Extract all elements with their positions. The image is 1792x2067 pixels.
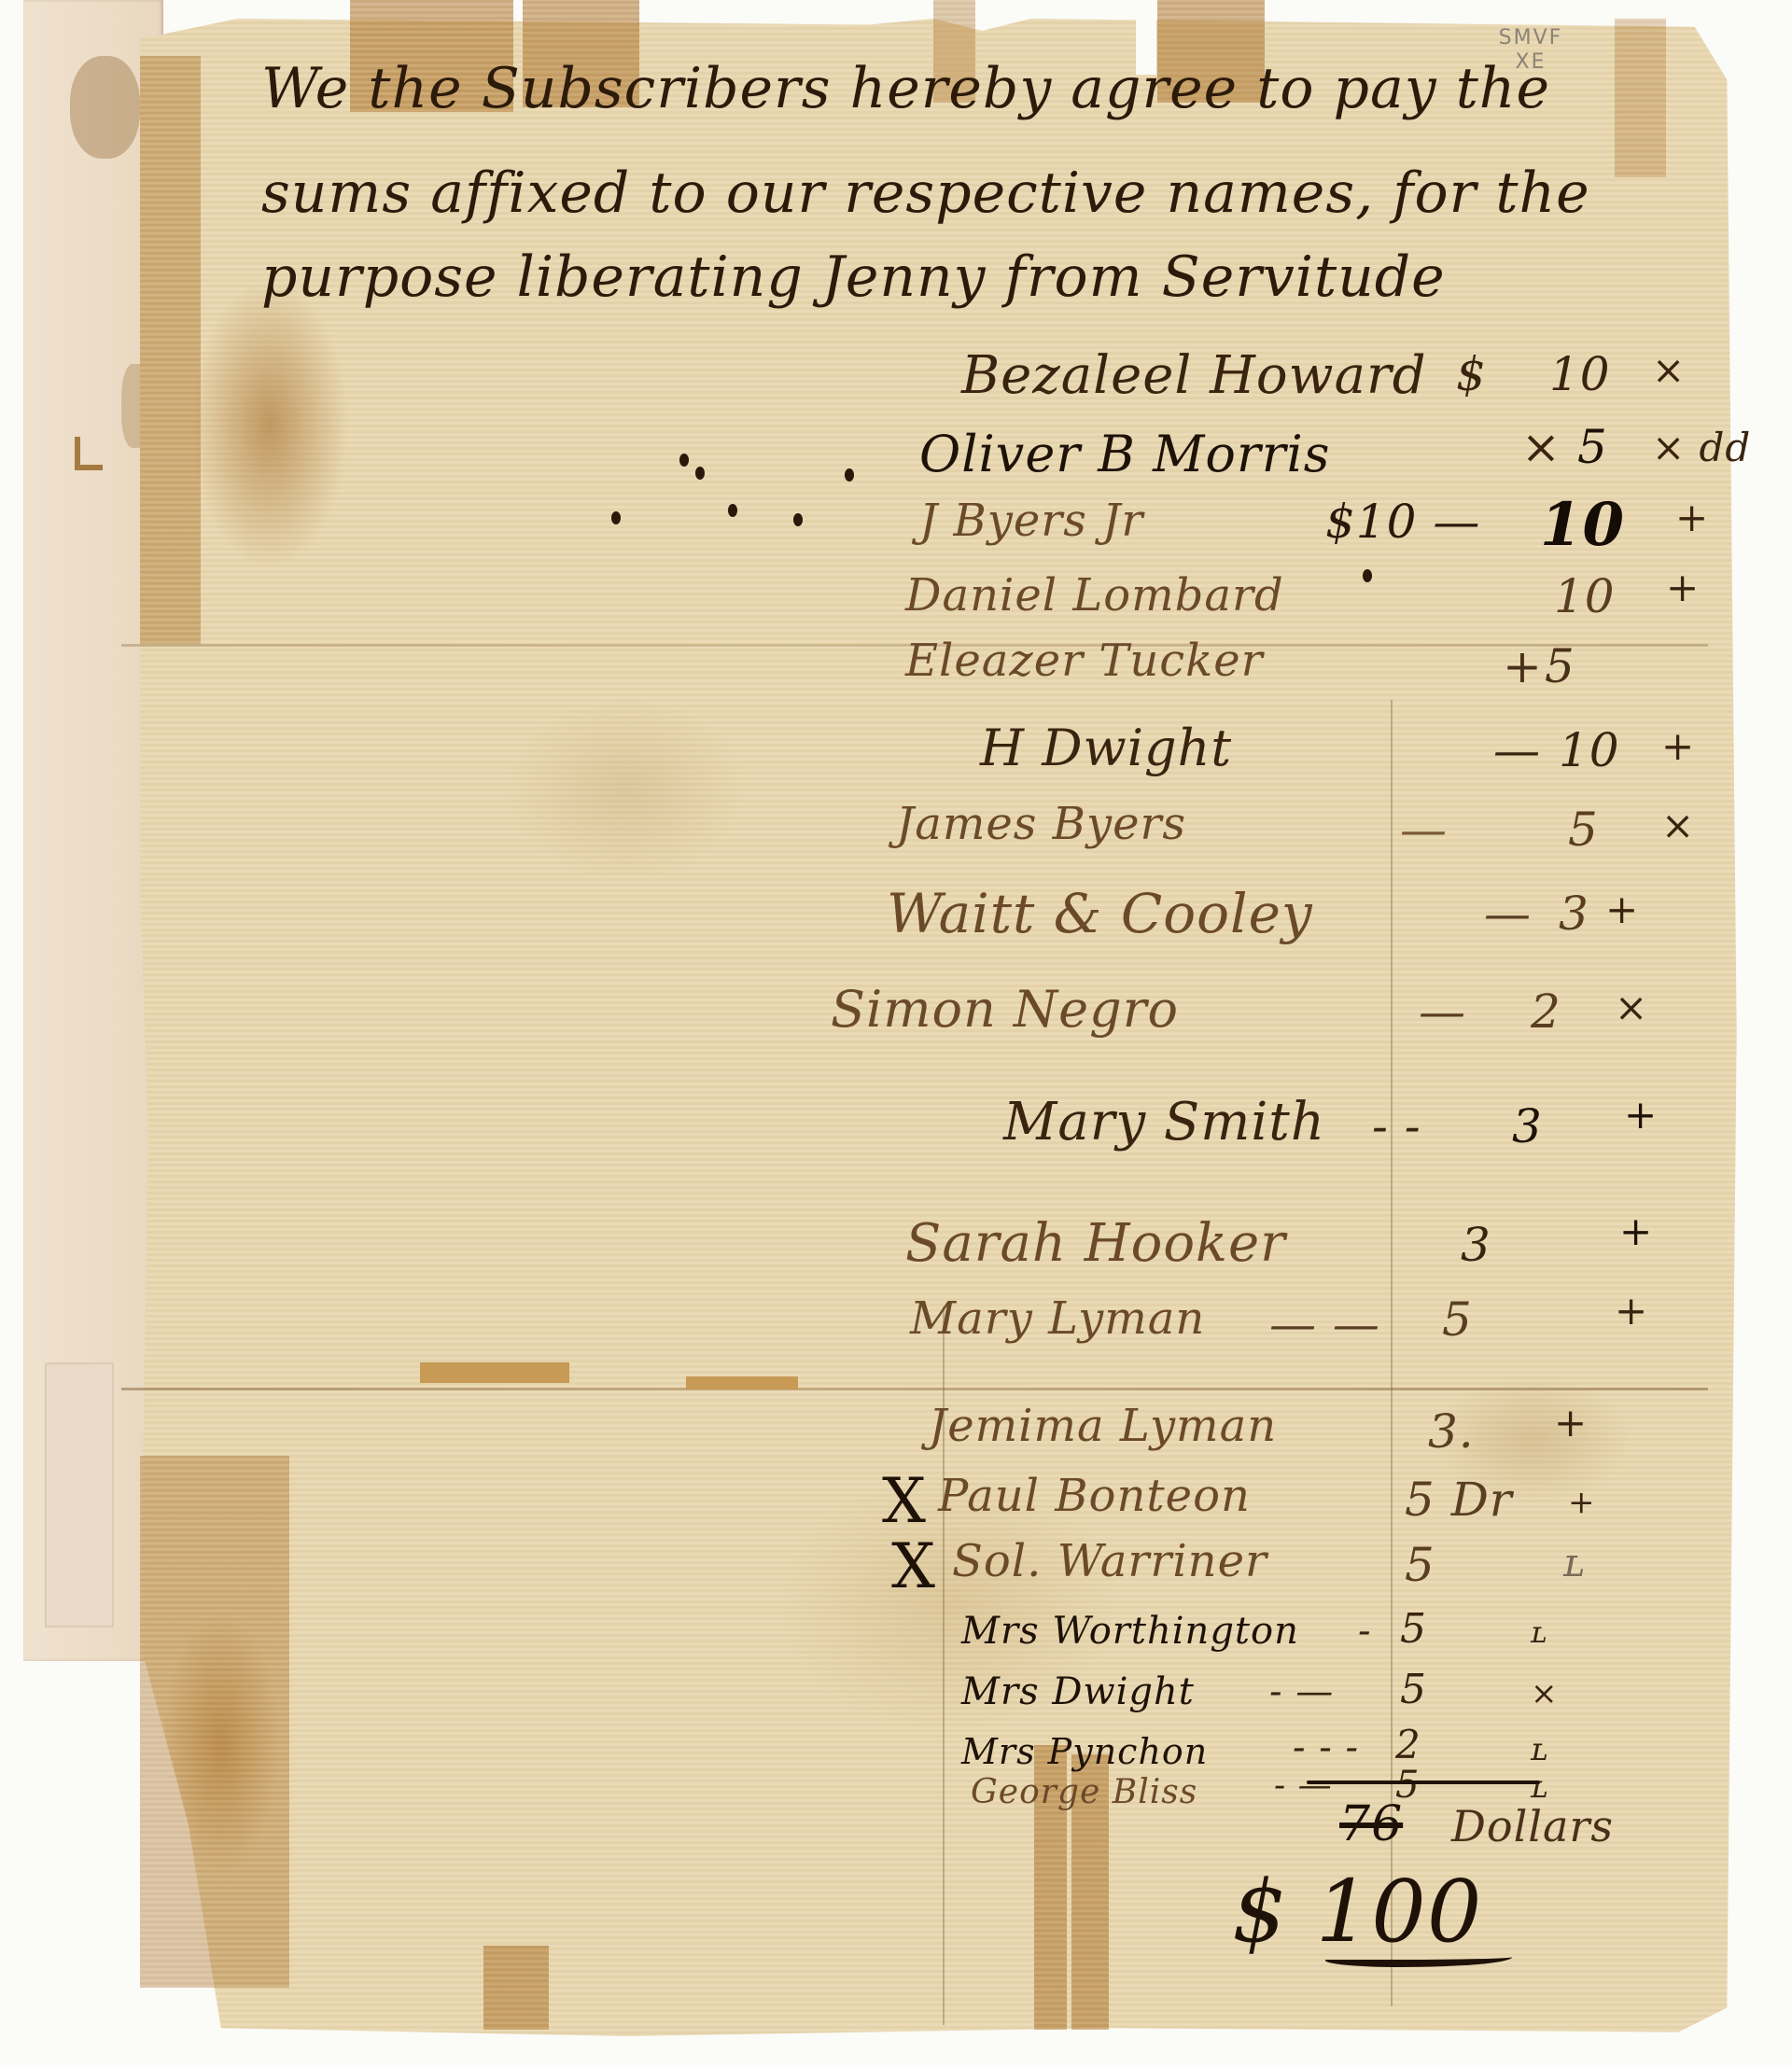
- subscriber-name: Mrs Worthington: [961, 1610, 1299, 1653]
- subscriber-name: George Bliss: [971, 1773, 1197, 1811]
- currency-sign: - - -: [1293, 1726, 1359, 1769]
- paid-mark: ʟ: [1563, 1540, 1586, 1585]
- subscriber-name: Daniel Lombard: [905, 569, 1284, 621]
- subscriber-name: Waitt & Cooley: [887, 882, 1313, 945]
- paid-mark: ×: [1652, 347, 1686, 393]
- ink-blot: [845, 468, 854, 482]
- ink-blot: [728, 504, 737, 517]
- paid-mark: +: [1666, 565, 1700, 610]
- paid-mark: +: [1568, 1484, 1596, 1521]
- paid-mark: +: [1624, 1092, 1658, 1138]
- tape-strip: [483, 1946, 549, 2030]
- subscriber-name: Simon Negro: [831, 980, 1179, 1039]
- subscriber-amount: 10: [1549, 347, 1611, 401]
- ink-blot: [611, 511, 621, 524]
- paid-mark: × dd: [1652, 425, 1751, 470]
- tape-strip: [1615, 19, 1666, 177]
- paid-mark: ʟ: [1531, 1614, 1547, 1650]
- subscriber-amount: 5: [1577, 420, 1608, 474]
- subscriber-amount: 2: [1395, 1722, 1421, 1767]
- subscriber-amount: 10: [1559, 723, 1620, 777]
- subscriber-name: Oliver B Morris: [919, 425, 1331, 483]
- ink-blot: [695, 467, 705, 480]
- torn-fold: [420, 1362, 569, 1383]
- subscriber-name: Sol. Warriner: [952, 1535, 1267, 1587]
- currency-sign: - —: [1269, 1670, 1334, 1713]
- sum-rule: [1307, 1781, 1540, 1784]
- ink-blot: [679, 454, 689, 467]
- torn-fold: [686, 1376, 798, 1390]
- subscriber-amount: 2: [1531, 985, 1561, 1039]
- water-stain: [70, 56, 140, 159]
- currency-sign: —: [1493, 723, 1541, 777]
- subscriber-amount: 10: [1540, 490, 1625, 560]
- paid-mark: ʟ: [1531, 1731, 1548, 1768]
- ink-blot: [1363, 569, 1372, 582]
- currency-sign: -: [1358, 1610, 1372, 1653]
- currency-sign: —: [1400, 803, 1448, 857]
- subscriber-amount: 5: [1400, 1666, 1427, 1713]
- subscriber-amount: 5 Dr: [1405, 1473, 1513, 1527]
- paid-mark: +: [1554, 1400, 1588, 1446]
- subscriber-amount: 5: [1400, 1605, 1427, 1653]
- currency-sign: $: [1456, 347, 1487, 401]
- paid-mark: +: [1619, 1208, 1653, 1254]
- corner-mark: [75, 437, 103, 470]
- subscriber-name: Jemima Lyman: [929, 1400, 1277, 1452]
- paid-mark: +: [1605, 887, 1639, 932]
- subscriber-name: J Byers Jr: [919, 495, 1143, 547]
- currency-sign: +: [1503, 639, 1543, 693]
- subscriber-amount: 5: [1545, 639, 1575, 693]
- tape-strip: [140, 1456, 289, 1988]
- heading-line-1: We the Subscribers hereby agree to pay t…: [261, 56, 1550, 121]
- ink-blot: [793, 513, 803, 526]
- subscriber-amount: 3: [1512, 1099, 1543, 1153]
- tape-strip: [140, 56, 201, 644]
- currency-sign: —: [1484, 887, 1532, 941]
- paid-mark: ×: [1531, 1675, 1559, 1712]
- currency-sign: - —: [1274, 1767, 1333, 1805]
- subscriber-amount: 3: [1559, 887, 1589, 941]
- final-total: $ 100: [1232, 1862, 1482, 1962]
- hinge-tab: [45, 1362, 114, 1627]
- subscriber-amount: 5: [1405, 1538, 1435, 1592]
- struck-total: 76: [1339, 1796, 1403, 1852]
- prefix-x-mark: X: [882, 1465, 927, 1537]
- subscriber-name: James Byers: [896, 798, 1186, 850]
- paid-mark: +: [1675, 495, 1709, 540]
- subscriber-name: Paul Bonteon: [938, 1470, 1251, 1522]
- currency-sign: $10 —: [1325, 495, 1480, 549]
- subscriber-amount: 3: [1461, 1218, 1491, 1272]
- subscriber-amount: 3.: [1428, 1404, 1475, 1459]
- currency-sign: ×: [1521, 420, 1561, 474]
- currency-sign: — —: [1269, 1297, 1380, 1351]
- subscriber-name: Eleazer Tucker: [905, 635, 1264, 687]
- paid-mark: ʟ: [1531, 1768, 1548, 1806]
- subscriber-name: Mrs Pynchon: [961, 1731, 1208, 1772]
- heading-line-2: sums affixed to our respective names, fo…: [261, 161, 1590, 226]
- subscriber-name: Bezaleel Howard: [961, 345, 1427, 406]
- subscriber-name: Mary Lyman: [910, 1292, 1205, 1345]
- paid-mark: ×: [1661, 803, 1695, 848]
- fold-line: [121, 1388, 1708, 1390]
- subscriber-amount: 5: [1442, 1292, 1473, 1347]
- subscriber-amount: 5: [1568, 803, 1599, 857]
- subscriber-name: Mrs Dwight: [961, 1670, 1195, 1713]
- subscriber-amount: 10: [1554, 569, 1616, 623]
- subscriber-name: Sarah Hooker: [905, 1213, 1286, 1274]
- subscriber-name: Mary Smith: [1003, 1092, 1325, 1152]
- prefix-x-mark: X: [891, 1530, 936, 1602]
- currency-sign: - -: [1372, 1099, 1421, 1153]
- heading-line-3: purpose liberating Jenny from Servitude: [261, 244, 1446, 310]
- paid-mark: +: [1661, 723, 1695, 769]
- total-unit: Dollars: [1451, 1801, 1614, 1851]
- currency-sign: —: [1419, 985, 1466, 1039]
- subscriber-name: H Dwight: [980, 719, 1232, 777]
- paid-mark: +: [1615, 1288, 1648, 1334]
- paid-mark: ×: [1615, 985, 1648, 1030]
